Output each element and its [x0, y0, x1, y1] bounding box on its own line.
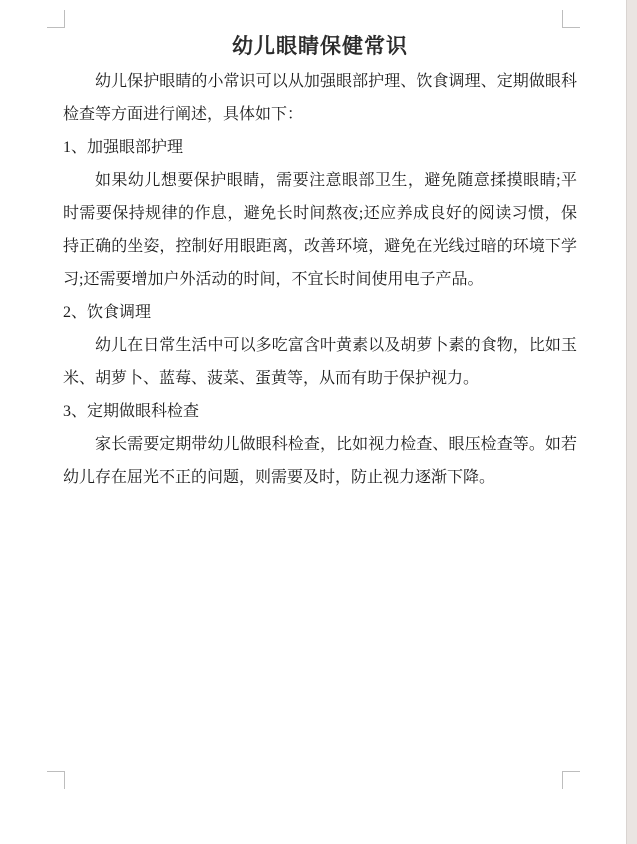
intro-paragraph: 幼儿保护眼睛的小常识可以从加强眼部护理、饮食调理、定期做眼科检查等方面进行阐述，… — [63, 65, 577, 131]
section-3-heading: 3、定期做眼科检查 — [63, 395, 577, 428]
section-2-body: 幼儿在日常生活中可以多吃富含叶黄素以及胡萝卜素的食物，比如玉米、胡萝卜、蓝莓、菠… — [63, 329, 577, 395]
document-content: 幼儿眼睛保健常识 幼儿保护眼睛的小常识可以从加强眼部护理、饮食调理、定期做眼科检… — [63, 27, 577, 494]
section-1-body: 如果幼儿想要保护眼睛，需要注意眼部卫生，避免随意揉摸眼睛;平时需要保持规律的作息… — [63, 164, 577, 296]
document-title: 幼儿眼睛保健常识 — [63, 27, 577, 65]
document-page: 幼儿眼睛保健常识 幼儿保护眼睛的小常识可以从加强眼部护理、饮食调理、定期做眼科检… — [0, 0, 627, 844]
section-3-body: 家长需要定期带幼儿做眼科检查，比如视力检查、眼压检查等。如若幼儿存在屈光不正的问… — [63, 428, 577, 494]
canvas-gutter — [627, 0, 637, 844]
margin-crop-mark-top-right — [562, 10, 580, 28]
margin-crop-mark-bottom-left — [47, 771, 65, 789]
section-2-heading: 2、饮食调理 — [63, 296, 577, 329]
section-1-heading: 1、加强眼部护理 — [63, 131, 577, 164]
margin-crop-mark-top-left — [47, 10, 65, 28]
margin-crop-mark-bottom-right — [562, 771, 580, 789]
